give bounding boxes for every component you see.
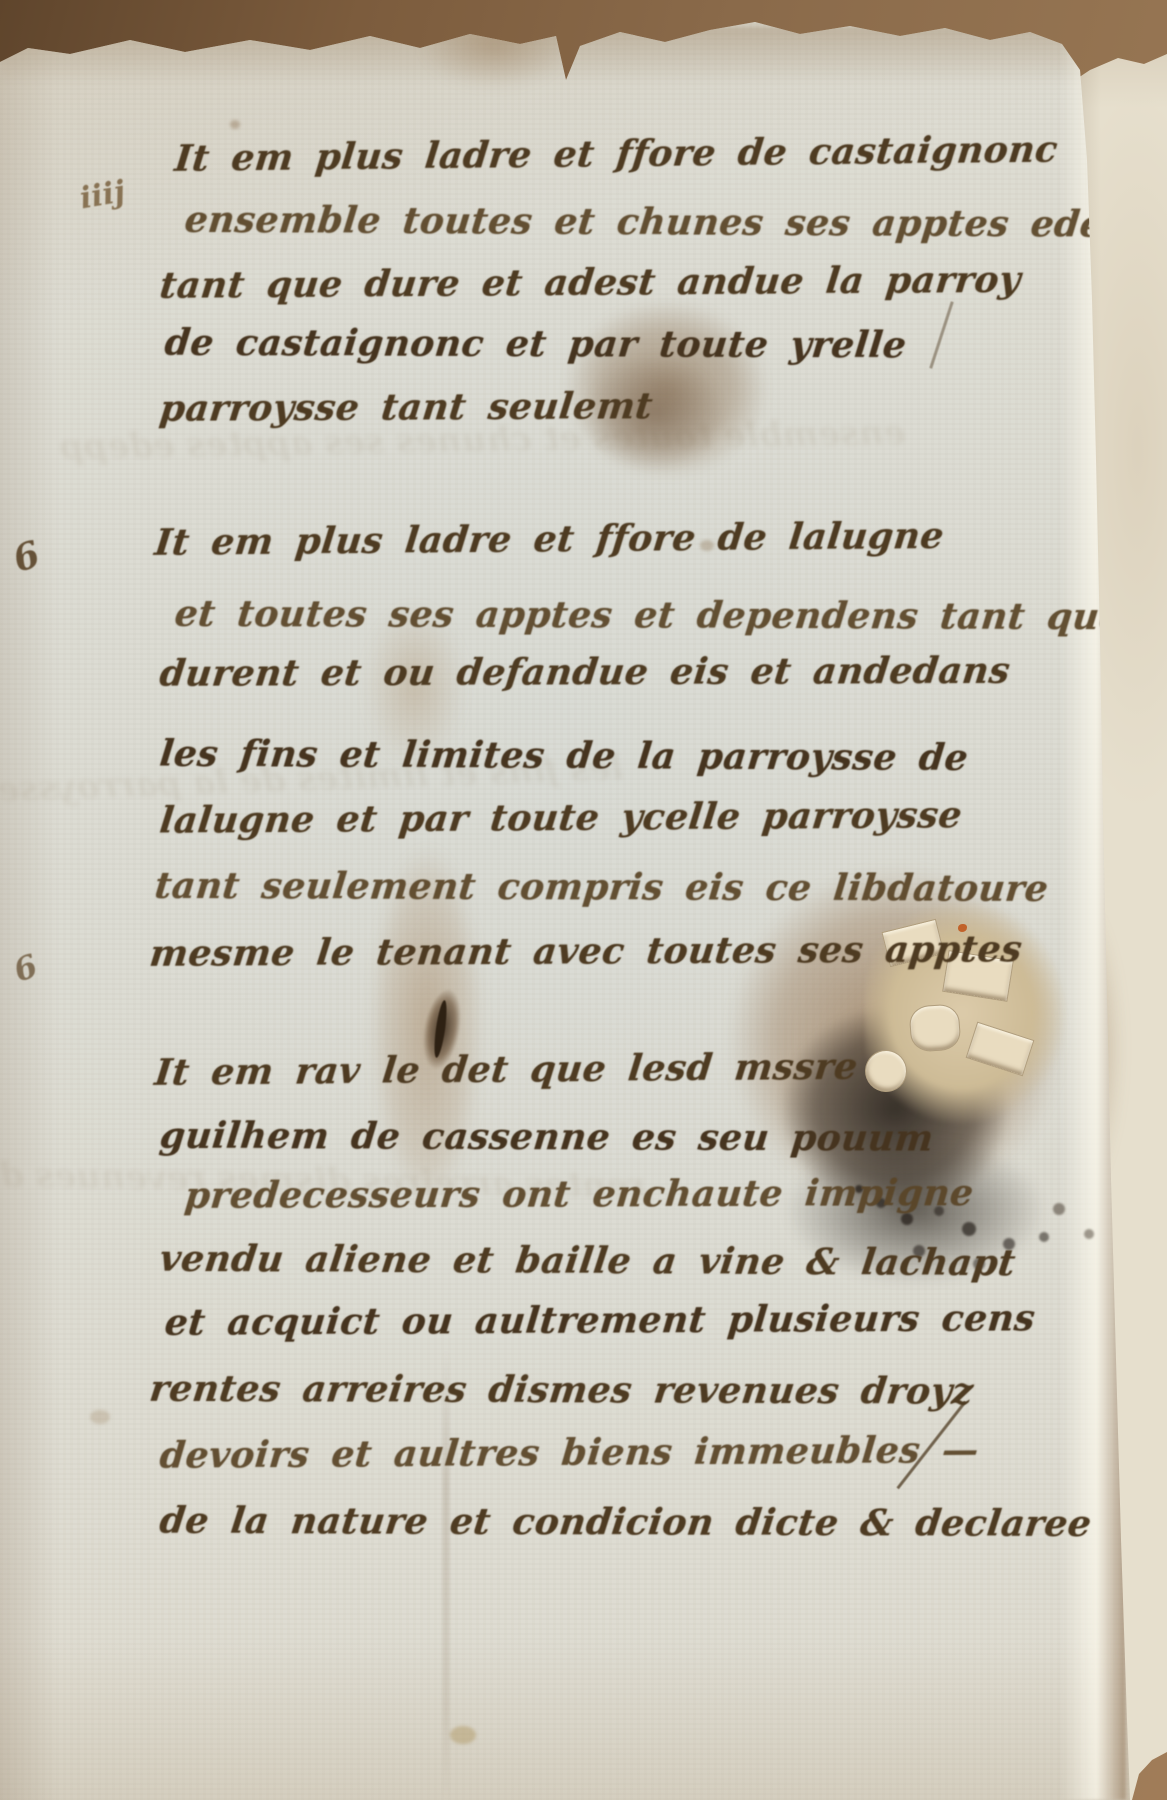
vertical-crease — [444, 1350, 448, 1800]
text-line: predecesseurs ont enchaute impigne — [183, 1175, 975, 1214]
text-line: tant seulement compris eis ce libdatoure — [153, 868, 1050, 907]
text-line: et toutes ses apptes et dependens tant q… — [173, 596, 1125, 635]
margin-numeral-iiij: iiij — [77, 174, 127, 216]
foxing-spot — [90, 1410, 110, 1424]
text-line: mesme le tenant avec toutes ses apptes — [148, 931, 1024, 972]
text-line: lalugne et par toute ycelle parroysse — [158, 797, 964, 839]
text-line: vendu aliene et baille a vine & lachapt — [158, 1241, 1018, 1281]
text-line: guilhem de cassenne es seu pouum — [158, 1118, 935, 1157]
text-line: tant que dure et adest andue la parroy — [158, 262, 1023, 304]
text-line: It em plus ladre et ffore de castaignonc — [173, 132, 1060, 177]
text-line: ensemble toutes et chunes ses apptes ede… — [183, 202, 1157, 243]
text-line: et acquict ou aultrement plusieurs cens — [163, 1300, 1037, 1341]
top-edge-shadow — [0, 26, 1090, 84]
manuscript-page: les fins et limites de la parroysse de r… — [0, 0, 1167, 1800]
margin-numeral-6: 6 — [8, 533, 45, 581]
seal-paper-chip — [858, 1043, 914, 1099]
pen-flourish — [929, 301, 953, 369]
text-line: devoirs et aultres biens immeubles — — [158, 1432, 980, 1474]
text-line: It em plus ladre et ffore de lalugne — [153, 518, 946, 561]
text-line: de castaignonc et par toute yrelle — [163, 325, 908, 364]
seal-paper-chip — [966, 1022, 1035, 1077]
seal-paper-chip — [908, 1003, 961, 1052]
text-line: de la nature et condicion dicte & declar… — [158, 1503, 1094, 1542]
text-line: It em rav le det que lesd mssre — [153, 1049, 860, 1091]
text-line: parroysse tant seulemt — [158, 388, 655, 427]
foxing-spot — [230, 120, 240, 129]
margin-numeral-9: 9 — [8, 945, 42, 988]
text-line: durent et ou defandue eis et andedans — [158, 653, 1012, 692]
manuscript-photo: les fins et limites de la parroysse de r… — [0, 0, 1167, 1800]
foxing-spot — [450, 1726, 476, 1744]
text-line: les fins et limites de la parroysse de — [158, 736, 970, 776]
text-line: rentes arreires dismes revenues droyz — [148, 1371, 976, 1410]
